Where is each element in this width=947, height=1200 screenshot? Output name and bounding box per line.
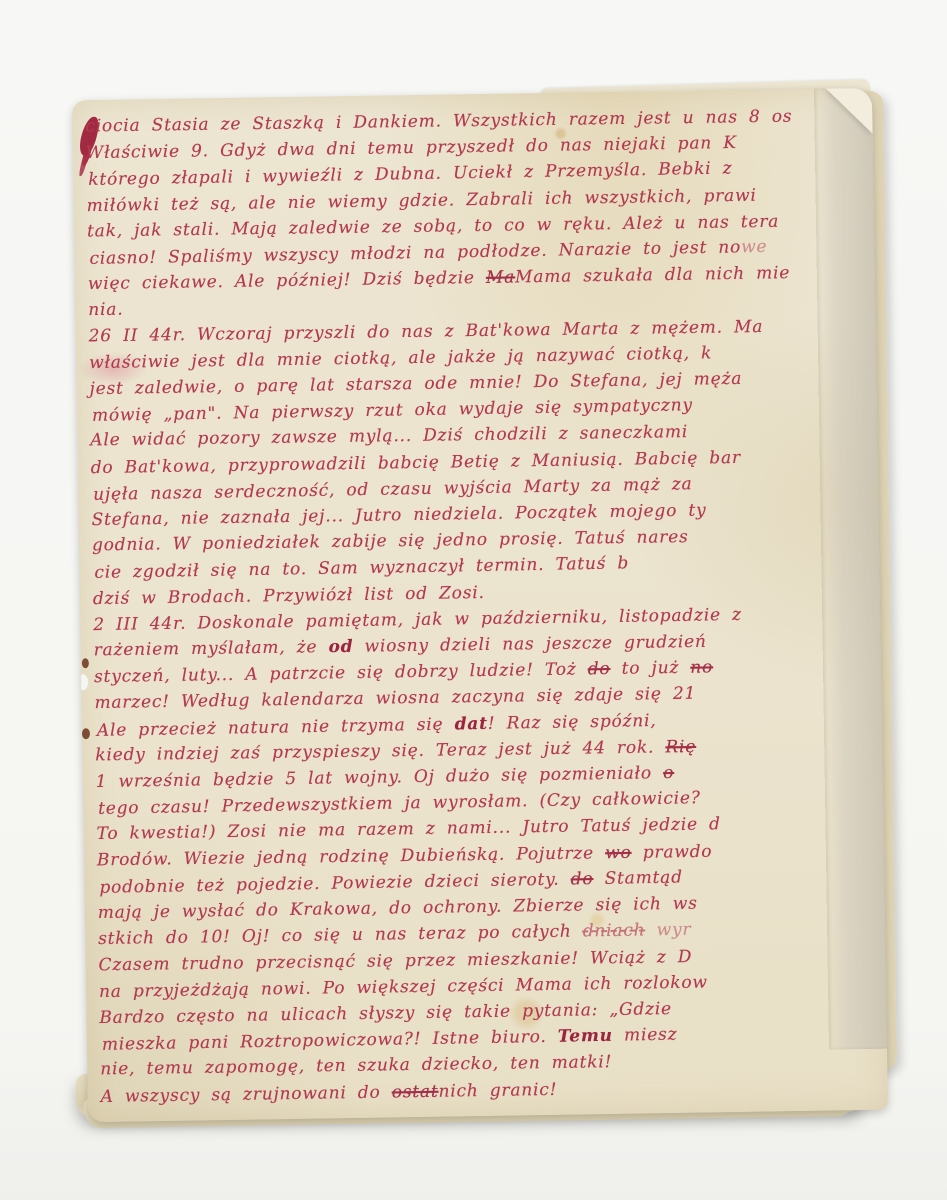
handwriting-segment: Mama szukała dla nich mie xyxy=(515,263,790,287)
handwriting-segment: nich granic! xyxy=(438,1079,557,1101)
handwriting-segment: stkich do 10! Oj! co się u nas teraz po … xyxy=(98,922,583,950)
crossed-out-word: do xyxy=(588,659,611,679)
handwriting-segment: prawdo xyxy=(631,841,712,862)
handwriting-segment: nia. xyxy=(88,300,123,321)
crossed-out-word: Ma xyxy=(486,268,515,288)
diary-page: ciocia Stasia ze Staszką i Dankiem. Wszy… xyxy=(72,88,888,1122)
handwriting-segment: od xyxy=(328,637,353,657)
handwriting-segment: wiosny dzieli nas jeszcze grudzień xyxy=(353,632,707,657)
crossed-out-word: Rię xyxy=(665,737,696,757)
handwriting-segment: Ale przecież natura nie trzyma się xyxy=(97,714,455,740)
handwriting-segment: podobnie też pojedzie. Powiezie dzieci s… xyxy=(99,869,571,897)
handwriting-segment: ! Raz się spóźni, xyxy=(488,711,657,734)
handwriting-segment: więc ciekawe. Ale później! Dziś będzie xyxy=(88,268,486,294)
handwriting-segment: miesz xyxy=(613,1025,678,1046)
handwriting-segment: Temu xyxy=(558,1026,613,1047)
handwriting-segment: we xyxy=(741,237,768,257)
crossed-out-word: do xyxy=(571,869,594,889)
handwriting-segment: Brodów. Wiezie jedną rodzinę Dubieńską. … xyxy=(97,843,605,870)
handwriting-segment: nie, temu zapomogę, ten szuka dziecko, t… xyxy=(100,1053,612,1080)
handwriting-segment: wyr xyxy=(645,920,691,941)
crossed-out-word: dniach xyxy=(583,921,646,942)
handwriting-segment: Stamtąd xyxy=(593,867,683,889)
paper-tear xyxy=(78,674,88,690)
crossed-out-word: no xyxy=(690,658,713,678)
diary-handwriting: ciocia Stasia ze Staszką i Dankiem. Wszy… xyxy=(85,102,888,1110)
handwriting-segment: to już xyxy=(610,658,690,679)
crossed-out-word: wo xyxy=(605,843,632,863)
handwriting-segment: dat xyxy=(454,714,488,735)
crossed-out-word: o xyxy=(663,763,674,783)
folded-corner xyxy=(826,88,873,135)
paper-speck xyxy=(82,658,89,668)
crossed-out-word: ostat xyxy=(392,1081,439,1102)
handwriting-segment: kiedy indziej zaś przyspieszy się. Teraz… xyxy=(95,737,665,765)
handwriting-segment: rażeniem myślałam, że xyxy=(94,637,329,660)
handwriting-segment: Czasem trudno przecisnąć się przez miesz… xyxy=(98,947,692,975)
photo-background: ciocia Stasia ze Staszką i Dankiem. Wszy… xyxy=(0,0,947,1200)
handwriting-segment: A wszyscy są zrujnowani do xyxy=(101,1082,392,1107)
paper-speck xyxy=(82,728,90,739)
handwriting-segment: dziś w Brodach. Przywiózł list od Zosi. xyxy=(93,583,485,609)
